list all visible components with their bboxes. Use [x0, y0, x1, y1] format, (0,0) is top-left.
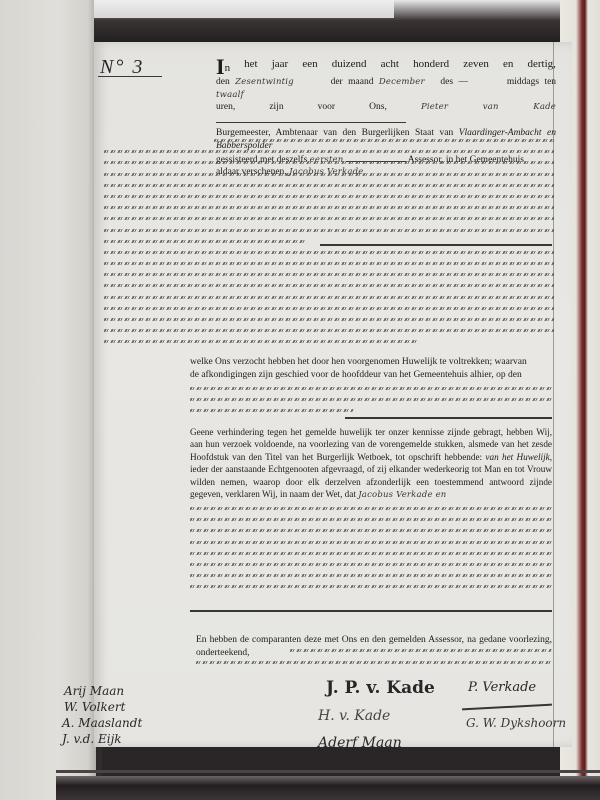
- request-paragraph: welke Ons verzocht hebben het door hen v…: [190, 356, 552, 381]
- signature-witness: Aderf Maan: [318, 735, 402, 751]
- signature-left-4: J. v.d. Eijk: [62, 732, 122, 746]
- intro-line-1: In het jaar een duizend acht honderd zev…: [216, 58, 556, 76]
- handwritten-closing-note: [290, 644, 552, 655]
- hour-handwritten: twaalf: [216, 90, 244, 100]
- signature-official-1: P. Verkade: [468, 680, 536, 695]
- photo-background-top: [94, 0, 600, 46]
- signature-left-3: A. Maaslandt: [62, 716, 142, 730]
- line-separator: [345, 417, 552, 419]
- handwritten-marriage-declaration: [190, 502, 552, 592]
- line-separator: [190, 610, 552, 612]
- signature-groom: J. P. v. Kade: [326, 678, 435, 698]
- page-bottom-edge: [56, 770, 600, 773]
- declaration-paragraph: Geene verhindering tegen het gemelde huw…: [190, 426, 552, 501]
- handwritten-closing-note-2: [196, 656, 552, 667]
- signature-bride-parent: H. v. Kade: [318, 708, 390, 724]
- signature-official-2: G. W. Dykshoorn: [466, 716, 566, 730]
- day-handwritten: Zesentwintig: [235, 76, 325, 89]
- handwritten-proclamation-dates: [190, 382, 552, 416]
- record-number-underline: [98, 76, 162, 77]
- line-separator: [320, 244, 552, 246]
- facing-left-page: [0, 0, 96, 800]
- handwritten-parties-section: [104, 134, 554, 347]
- photo-background-bottom: [56, 776, 600, 800]
- intro-line-2: den Zesentwintig der maand December des …: [216, 76, 556, 101]
- month-handwritten: December: [379, 76, 435, 89]
- official-handwritten: Pieter van Kade: [421, 102, 556, 112]
- handwritten-names-start: Jacobus Verkade en: [358, 490, 446, 500]
- signature-left-1: Arij Maan: [64, 684, 124, 698]
- intro-line-3: uren, zijn voor Ons, Pieter van Kade: [216, 101, 556, 127]
- signature-left-2: W. Volkert: [64, 700, 125, 714]
